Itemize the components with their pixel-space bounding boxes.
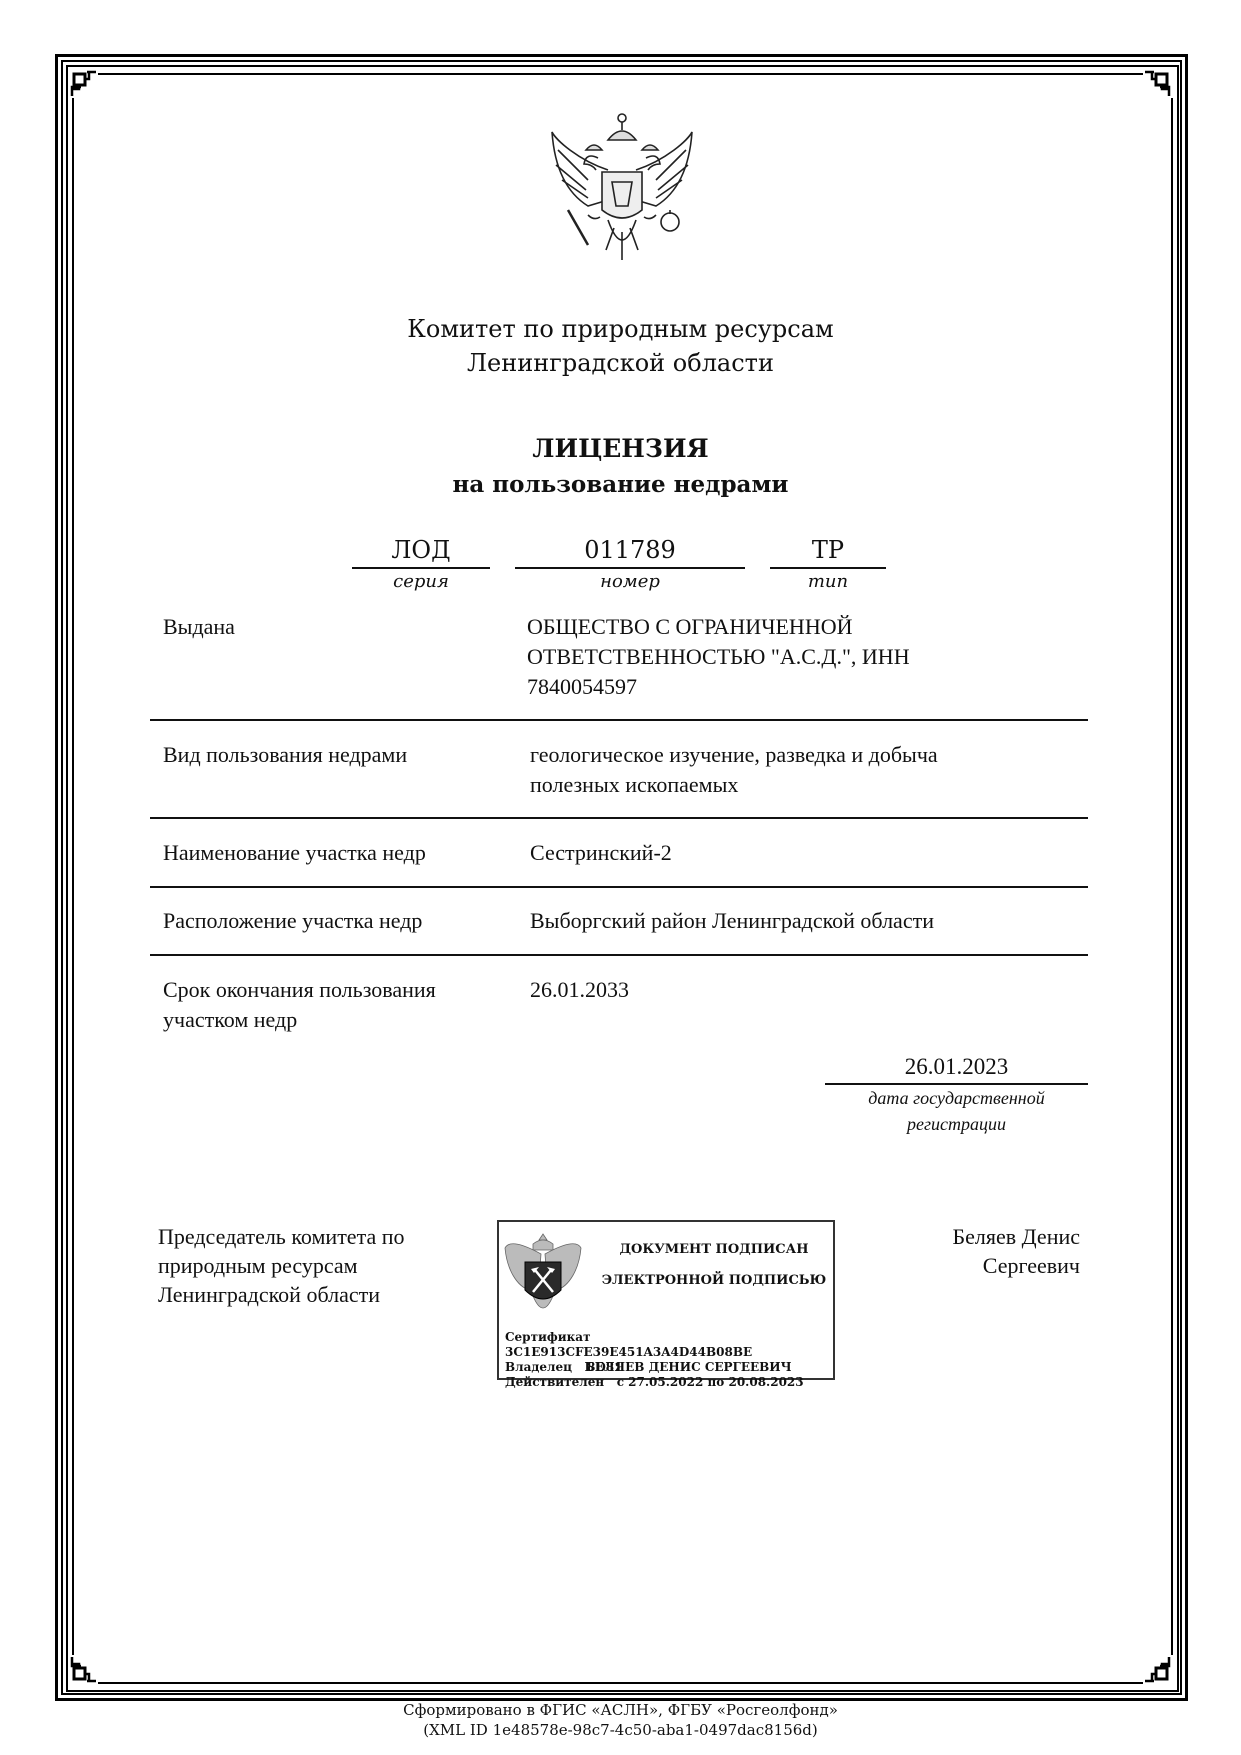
license-series-value: ЛОД — [352, 535, 490, 565]
certificate-value-line1: 3C1E913CFE39E451A3A4D44B08BE — [505, 1345, 752, 1359]
license-type-field: ТР тип — [770, 535, 886, 595]
stamp-validity: Действителен с 27.05.2022 по 20.08.2023 — [505, 1375, 804, 1390]
row-value-issued-to: ОБЩЕСТВО С ОГРАНИЧЕННОЙ ОТВЕТСТВЕННОСТЬЮ… — [527, 612, 1067, 702]
signatory-position-line1: Председатель комитета по — [158, 1222, 478, 1251]
corner-ornament-bottom-right — [1143, 1655, 1173, 1685]
document-subtitle: на пользование недрами — [0, 470, 1241, 500]
row-divider — [150, 954, 1088, 956]
signatory-position: Председатель комитета по природным ресур… — [158, 1222, 478, 1309]
row-value-usage-type: геологическое изучение, разведка и добыч… — [530, 740, 1070, 800]
row-value-site-name: Сестринский-2 — [530, 838, 1070, 868]
registration-date: 26.01.2023 — [825, 1052, 1088, 1082]
footer-line2: (XML ID 1e48578e-98c7-4c50-aba1-0497dac8… — [0, 1720, 1241, 1740]
stamp-heading-line2: ЭЛЕКТРОННОЙ ПОДПИСЬЮ — [599, 1273, 829, 1288]
validity-value: с 27.05.2022 по 20.08.2023 — [617, 1375, 804, 1389]
registration-caption-line2: регистрации — [825, 1111, 1088, 1137]
row-value-site-location: Выборгский район Ленинградской области — [530, 906, 1070, 936]
row-divider — [150, 817, 1088, 819]
document-title: ЛИЦЕНЗИЯ — [0, 432, 1241, 466]
expiry-label-line2: участком недр — [163, 1005, 493, 1035]
license-series-field: ЛОД серия — [352, 535, 490, 595]
row-divider — [150, 719, 1088, 721]
license-number-caption: номер — [515, 569, 745, 595]
license-type-caption: тип — [770, 569, 886, 595]
expiry-label-line1: Срок окончания пользования — [163, 975, 493, 1005]
owner-label: Владелец — [505, 1360, 572, 1374]
corner-ornament-top-left — [68, 68, 98, 98]
signatory-position-line2: природным ресурсам — [158, 1251, 478, 1280]
russian-coat-of-arms-icon — [548, 110, 696, 272]
license-type-value: ТР — [770, 535, 886, 565]
signatory-name-line2: Сергеевич — [880, 1251, 1080, 1280]
row-label-expiry: Срок окончания пользования участком недр — [163, 975, 493, 1035]
electronic-signature-stamp: ДОКУМЕНТ ПОДПИСАН ЭЛЕКТРОННОЙ ПОДПИСЬЮ С… — [497, 1220, 835, 1380]
row-divider — [150, 886, 1088, 888]
issued-to-line2: ОТВЕТСТВЕННОСТЬЮ "А.С.Д.", ИНН — [527, 642, 1067, 672]
issuing-authority-line2: Ленинградской области — [0, 346, 1241, 380]
corner-ornament-bottom-left — [68, 1655, 98, 1685]
row-label-usage-type: Вид пользования недрами — [163, 740, 493, 770]
signatory-name: Беляев Денис Сергеевич — [880, 1222, 1080, 1280]
usage-type-line1: геологическое изучение, разведка и добыч… — [530, 740, 1070, 770]
row-label-issued-to: Выдана — [163, 612, 493, 642]
stamp-heading-line1: ДОКУМЕНТ ПОДПИСАН — [599, 1242, 829, 1257]
license-series-caption: серия — [352, 569, 490, 595]
validity-label: Действителен — [505, 1375, 604, 1389]
row-value-expiry: 26.01.2033 — [530, 975, 1070, 1005]
site-location-line1: Выборгский район Ленинградской области — [530, 906, 1070, 936]
signatory-name-line1: Беляев Денис — [880, 1222, 1080, 1251]
issuing-authority-line1: Комитет по природным ресурсам — [0, 312, 1241, 346]
license-number-value: 011789 — [515, 535, 745, 565]
rosnedra-emblem-icon — [503, 1230, 583, 1322]
owner-value: БЕЛЯЕВ ДЕНИС СЕРГЕЕВИЧ — [585, 1360, 792, 1374]
issuing-authority: Комитет по природным ресурсам Ленинградс… — [0, 312, 1241, 380]
certificate-label: Сертификат — [505, 1330, 587, 1345]
signatory-position-line3: Ленинградской области — [158, 1280, 478, 1309]
row-label-site-location: Расположение участка недр — [163, 906, 493, 936]
corner-ornament-top-right — [1143, 68, 1173, 98]
footer-line1: Сформировано в ФГИС «АСЛН», ФГБУ «Росгео… — [0, 1700, 1241, 1720]
license-number-field: 011789 номер — [515, 535, 745, 595]
stamp-owner: Владелец БЕЛЯЕВ ДЕНИС СЕРГЕЕВИЧ — [505, 1360, 792, 1375]
row-label-site-name: Наименование участка недр — [163, 838, 493, 868]
site-name-line1: Сестринский-2 — [530, 838, 1070, 868]
expiry-date: 26.01.2033 — [530, 975, 1070, 1005]
registration-date-block: 26.01.2023 дата государственной регистра… — [825, 1052, 1088, 1137]
usage-type-line2: полезных ископаемых — [530, 770, 1070, 800]
registration-caption-line1: дата государственной — [825, 1085, 1088, 1111]
issued-to-line1: ОБЩЕСТВО С ОГРАНИЧЕННОЙ — [527, 612, 1067, 642]
issued-to-line3: 7840054597 — [527, 672, 1067, 702]
generated-footer: Сформировано в ФГИС «АСЛН», ФГБУ «Росгео… — [0, 1700, 1241, 1740]
